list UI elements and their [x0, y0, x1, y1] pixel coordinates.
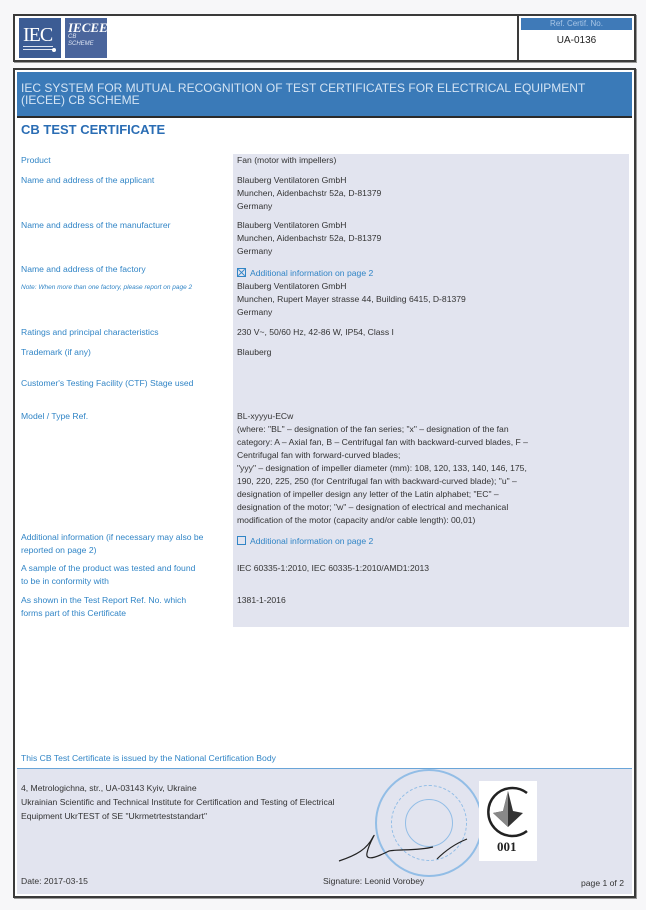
- ref-value: UA-0136: [519, 35, 634, 46]
- field-value-conformity: IEC 60335-1:2010, IEC 60335-1:2010/AMD1:…: [237, 562, 617, 575]
- field-value-ratings: 230 V~, 50/60 Hz, 42-86 W, IP54, Class I: [237, 326, 617, 339]
- field-label-factory: Name and address of the factory: [21, 263, 221, 276]
- conformity-mark-icon: [479, 781, 537, 843]
- model-line: Centrifugal fan with forward-curved blad…: [237, 449, 617, 462]
- factory-additional-info[interactable]: Additional information on page 2: [237, 267, 617, 280]
- page-number: page 1 of 2: [581, 878, 624, 888]
- issued-by-statement: This CB Test Certificate is issued by th…: [21, 753, 276, 763]
- label-line: reported on page 2): [21, 544, 221, 557]
- label-line: As shown in the Test Report Ref. No. whi…: [21, 594, 221, 607]
- iecee-logo-sub: CB: [68, 34, 104, 41]
- scheme-banner: IEC SYSTEM FOR MUTUAL RECOGNITION OF TES…: [17, 72, 632, 118]
- scheme-banner-line: (IECEE) CB SCHEME: [21, 94, 628, 106]
- field-label-report: As shown in the Test Report Ref. No. whi…: [21, 594, 221, 620]
- address-line: 4, Metrologichna, str., UA-03143 Kyiv, U…: [21, 781, 335, 795]
- issue-date: Date: 2017-03-15: [21, 876, 88, 886]
- model-line: (where: "BL" – designation of the fan se…: [237, 423, 617, 436]
- field-value-trademark: Blauberg: [237, 346, 617, 359]
- certification-body-footer: 4, Metrologichna, str., UA-03143 Kyiv, U…: [17, 768, 632, 894]
- address-line: Blauberg Ventilatoren GmbH: [237, 280, 617, 293]
- field-value-factory: Additional information on page 2 Blauber…: [237, 267, 617, 319]
- iecee-logo: IECEE CB SCHEME: [65, 18, 107, 58]
- ref-label: Ref. Certif. No.: [521, 18, 632, 30]
- additional-info-label: Additional information on page 2: [250, 536, 373, 546]
- field-value-model: BL-xyyyu-ECw (where: "BL" – designation …: [237, 410, 617, 527]
- certificate-header: IEC IECEE CB SCHEME Ref. Certif. No. UA-…: [13, 14, 636, 62]
- certificate-title: CB TEST CERTIFICATE: [21, 122, 165, 137]
- address-line: Blauberg Ventilatoren GmbH: [237, 174, 617, 187]
- field-label-manufacturer: Name and address of the manufacturer: [21, 219, 221, 232]
- address-line: Munchen, Rupert Mayer strasse 44, Buildi…: [237, 293, 617, 306]
- unchecked-checkbox-icon[interactable]: [237, 536, 246, 545]
- address-line: Germany: [237, 200, 617, 213]
- iec-logo-text: IEC: [23, 24, 52, 46]
- label-line: to be in conformity with: [21, 575, 221, 588]
- field-label-product: Product: [21, 154, 221, 167]
- label-line: forms part of this Certificate: [21, 607, 221, 620]
- signatory: Signature: Leonid Vorobey: [323, 876, 424, 886]
- checked-checkbox-icon[interactable]: [237, 268, 246, 277]
- iecee-logo-text: IECEE: [68, 21, 104, 34]
- field-label-trademark: Trademark (if any): [21, 346, 221, 359]
- certification-body-address: 4, Metrologichna, str., UA-03143 Kyiv, U…: [21, 781, 335, 823]
- signature-icon: [337, 829, 477, 869]
- address-line: Munchen, Aidenbachstr 52a, D-81379: [237, 187, 617, 200]
- model-line: "yyy" – designation of impeller diameter…: [237, 462, 617, 475]
- field-label-additional: Additional information (if necessary may…: [21, 531, 221, 557]
- logo-line: [23, 46, 53, 47]
- field-label-model: Model / Type Ref.: [21, 410, 221, 423]
- model-line: modification of the motor (capacity and/…: [237, 514, 617, 527]
- field-label-ratings: Ratings and principal characteristics: [21, 326, 221, 339]
- field-value-report: 1381-1-2016: [237, 594, 617, 607]
- mark-code: 001: [497, 839, 517, 855]
- certificate-body: IEC SYSTEM FOR MUTUAL RECOGNITION OF TES…: [13, 68, 636, 898]
- field-label-applicant: Name and address of the applicant: [21, 174, 221, 187]
- address-line: Germany: [237, 245, 617, 258]
- model-line: designation of impeller design any lette…: [237, 488, 617, 501]
- logo-line: [23, 49, 53, 50]
- iecee-logo-sub: SCHEME: [68, 41, 104, 48]
- address-line: Munchen, Aidenbachstr 52a, D-81379: [237, 232, 617, 245]
- ref-certificate-box: Ref. Certif. No. UA-0136: [517, 16, 634, 60]
- additional-info-label: Additional information on page 2: [250, 268, 373, 278]
- iec-logo: IEC: [19, 18, 61, 58]
- label-line: Additional information (if necessary may…: [21, 531, 221, 544]
- address-line: Germany: [237, 306, 617, 319]
- address-line: Blauberg Ventilatoren GmbH: [237, 219, 617, 232]
- field-value-applicant: Blauberg Ventilatoren GmbH Munchen, Aide…: [237, 174, 617, 213]
- model-line: designation of the motor; "w" – designat…: [237, 501, 617, 514]
- model-line: BL-xyyyu-ECw: [237, 410, 617, 423]
- model-line: 190, 220, 225, 250 (for Centrifugal fan …: [237, 475, 617, 488]
- address-line: Ukrainian Scientific and Technical Insti…: [21, 795, 335, 809]
- label-line: A sample of the product was tested and f…: [21, 562, 221, 575]
- field-value-manufacturer: Blauberg Ventilatoren GmbH Munchen, Aide…: [237, 219, 617, 258]
- factory-note: Note: When more than one factory, please…: [21, 283, 221, 292]
- address-line: Equipment UkrTEST of SE "Ukrmetrteststan…: [21, 809, 335, 823]
- field-value-product: Fan (motor with impellers): [237, 154, 617, 167]
- ukrainian-conformity-mark: 001: [479, 781, 537, 861]
- logo-dot: [52, 48, 56, 52]
- additional-info-option[interactable]: Additional information on page 2: [237, 535, 617, 548]
- model-line: category: A – Axial fan, B – Centrifugal…: [237, 436, 617, 449]
- field-label-ctf: Customer's Testing Facility (CTF) Stage …: [21, 377, 221, 390]
- field-label-conformity: A sample of the product was tested and f…: [21, 562, 221, 588]
